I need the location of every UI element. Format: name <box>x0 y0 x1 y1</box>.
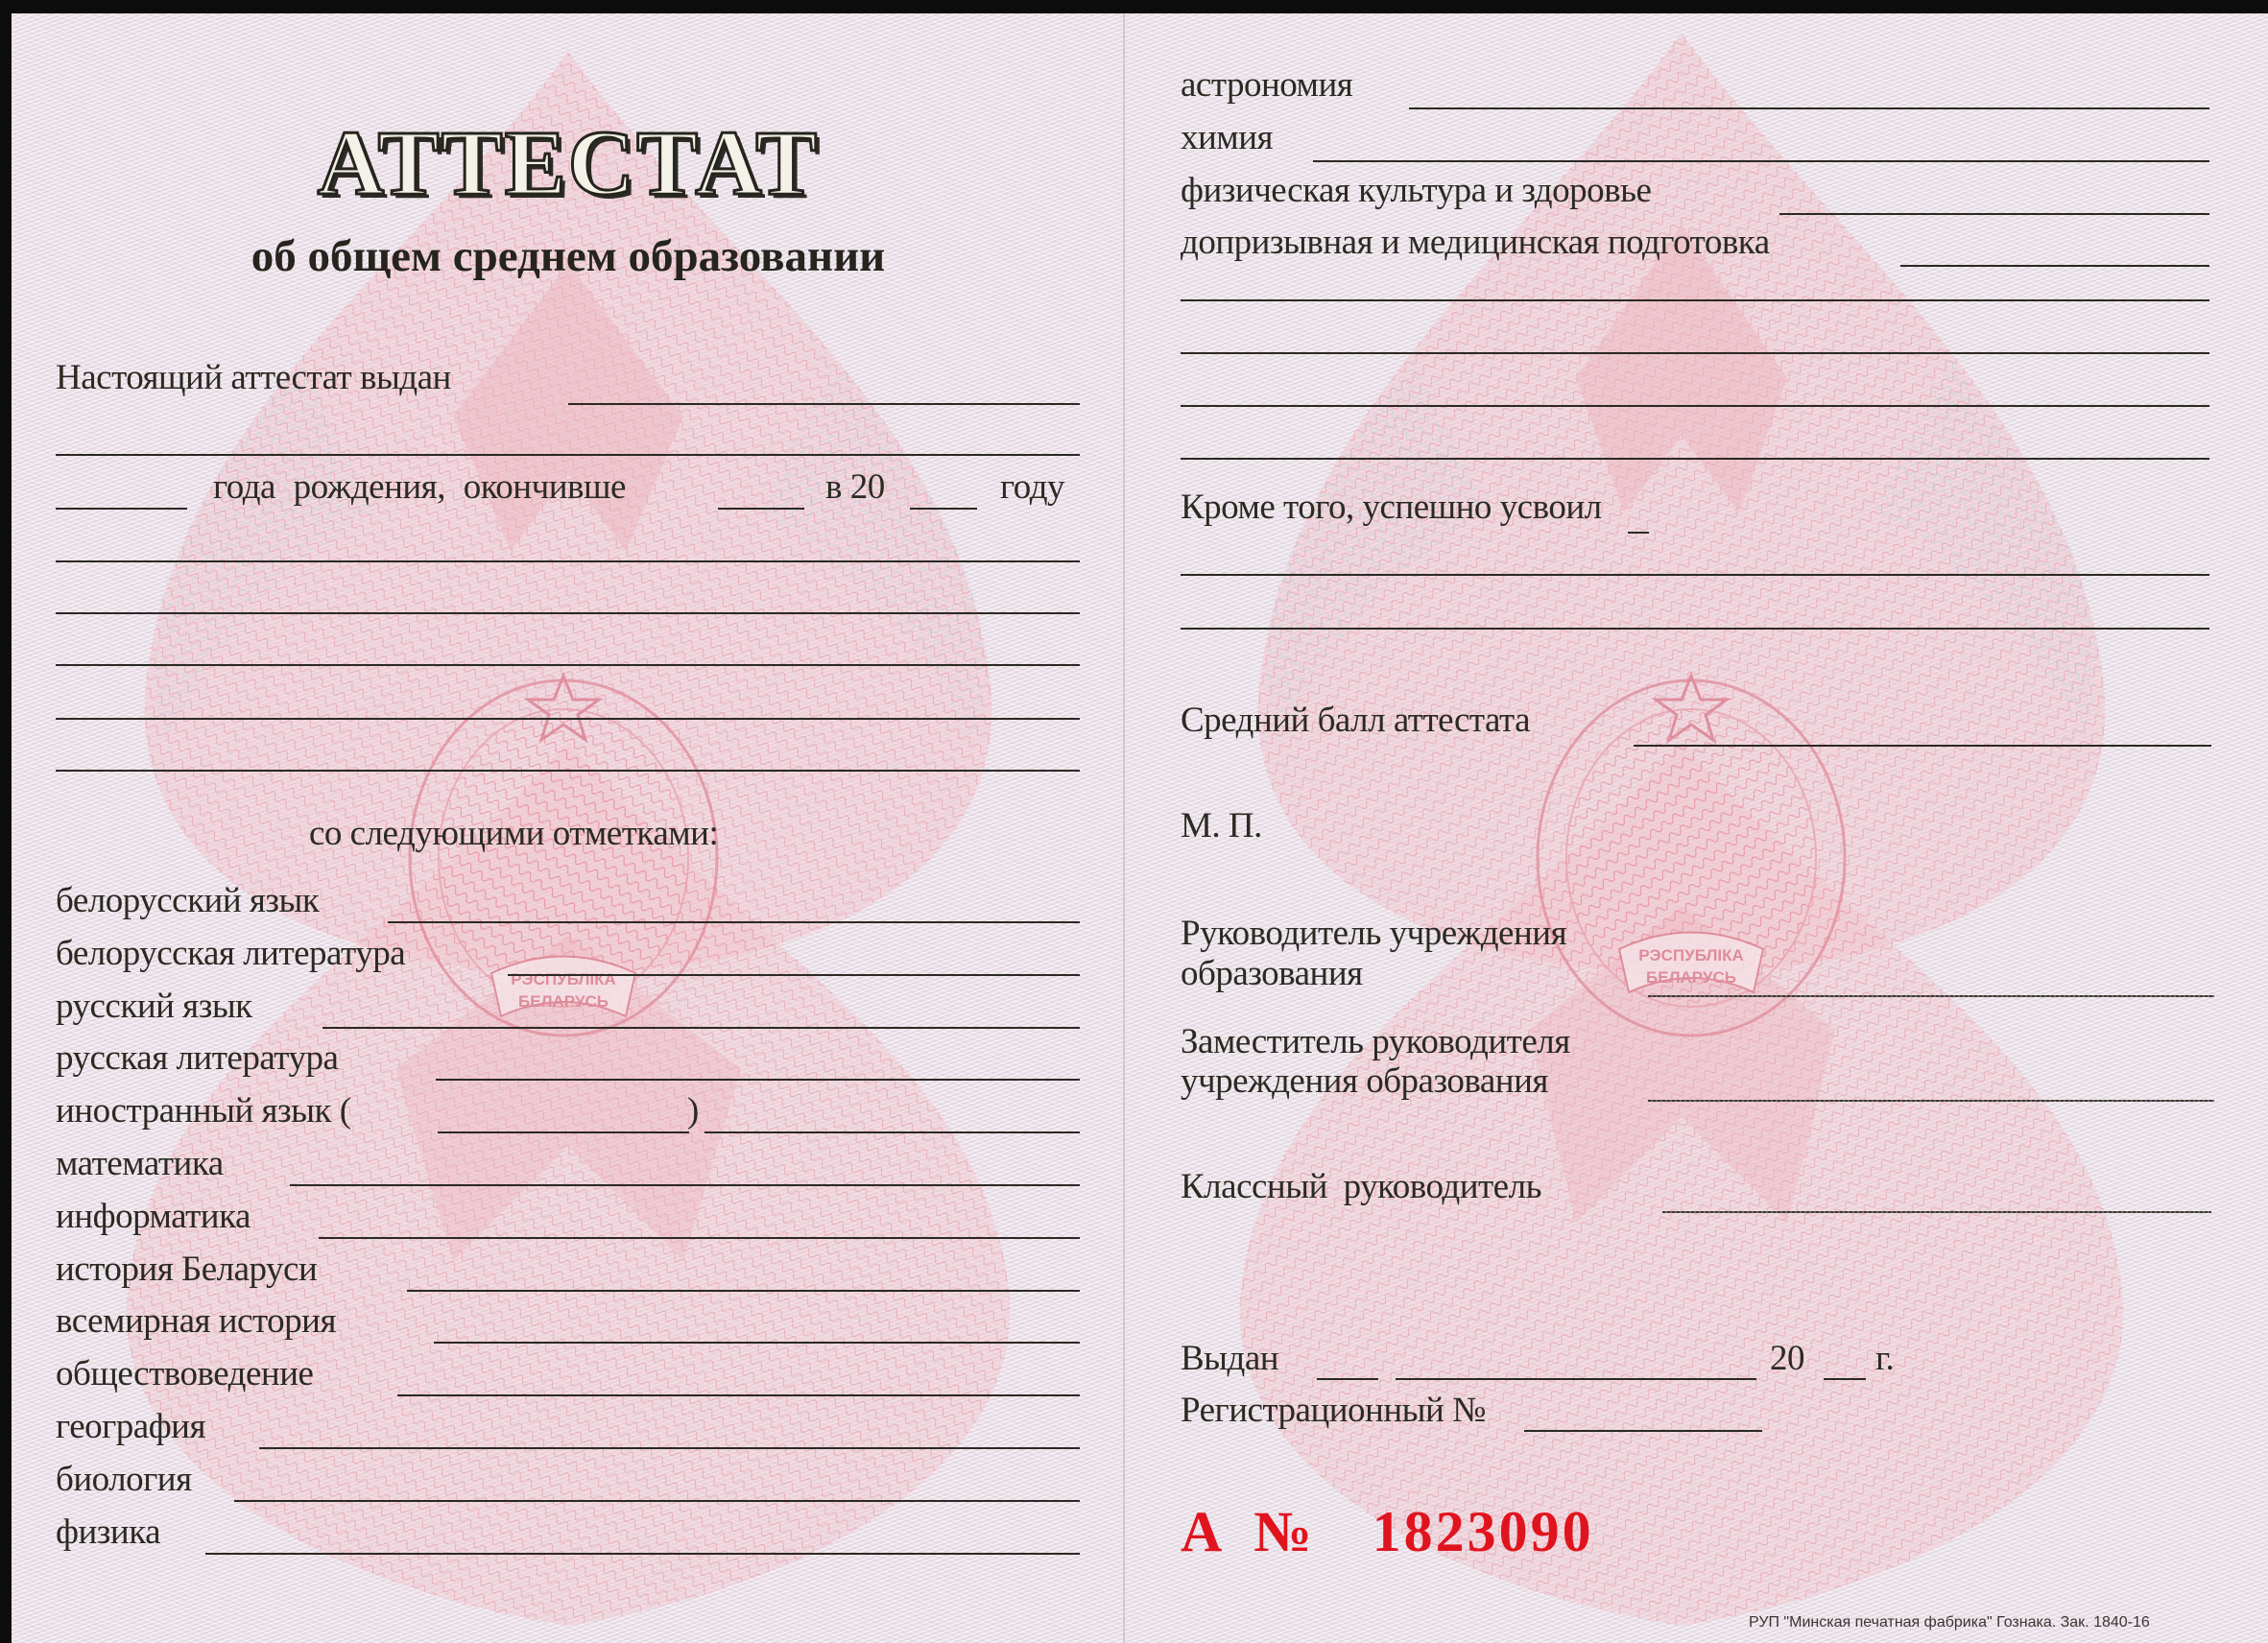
seal-label: М. П. <box>1181 808 1262 844</box>
birth-year-field[interactable] <box>56 508 187 510</box>
class-teacher-label: Классный руководитель <box>1181 1169 1541 1204</box>
subject-label: химия <box>1181 120 1273 155</box>
head-label-line2: образования <box>1181 956 1363 991</box>
subject-label: физика <box>56 1514 160 1550</box>
serial-digits: 1823090 <box>1373 1500 1594 1563</box>
svg-text:РЭСПУБЛІКА: РЭСПУБЛІКА <box>1638 946 1744 964</box>
serial-no-sign: № <box>1253 1500 1314 1563</box>
additionally-label: Кроме того, успешно усвоил <box>1181 489 1602 525</box>
printer-footer: РУП "Минская печатная фабрика" Гознака. … <box>1749 1614 2150 1631</box>
head-signature-field[interactable] <box>1648 995 2214 997</box>
subject-label: астрономия <box>1181 67 1352 103</box>
issued-year-prefix: 20 <box>1770 1341 1804 1376</box>
deputy-label-line1: Заместитель руководителя <box>1181 1024 1570 1060</box>
svg-text:БЕЛАРУСЬ: БЕЛАРУСЬ <box>518 992 609 1011</box>
grade-field[interactable] <box>259 1447 1080 1449</box>
grade-field[interactable] <box>508 974 1080 976</box>
subject-label: всемирная история <box>56 1303 336 1339</box>
issued-to-field[interactable] <box>568 403 1080 405</box>
grade-field[interactable] <box>234 1500 1080 1502</box>
subject-label: белорусский язык <box>56 883 319 918</box>
year-prefix: в 20 <box>825 469 885 505</box>
school-field-line2[interactable] <box>56 612 1080 614</box>
grade-field[interactable] <box>290 1184 1080 1186</box>
school-field-line3[interactable] <box>56 664 1080 666</box>
grades-heading: со следующими отметками: <box>309 816 718 851</box>
grade-field[interactable] <box>704 1131 1080 1133</box>
grade-field[interactable] <box>205 1553 1080 1555</box>
extra-subject-line3[interactable] <box>1181 405 2209 407</box>
issued-year-field[interactable] <box>1824 1378 1866 1380</box>
grade-field[interactable] <box>436 1079 1080 1081</box>
graduated-gender-field[interactable] <box>718 508 804 510</box>
serial-series: А <box>1181 1500 1225 1563</box>
birth-year-label: года рождения, окончивше <box>213 469 626 505</box>
class-teacher-signature-field[interactable] <box>1662 1211 2211 1213</box>
issued-year-suffix: г. <box>1875 1341 1894 1376</box>
subject-label: физическая культура и здоровье <box>1181 173 1651 208</box>
deputy-label-line2: учреждения образования <box>1181 1063 1548 1099</box>
subject-label: обществоведение <box>56 1356 313 1392</box>
grade-field[interactable] <box>1313 160 2209 162</box>
grade-field[interactable] <box>322 1027 1080 1029</box>
average-score-label: Средний балл аттестата <box>1181 702 1530 738</box>
document-subtitle: об общем среднем образовании <box>12 230 1125 282</box>
graduation-year-field[interactable] <box>910 508 977 510</box>
issued-month-field[interactable] <box>1396 1378 1756 1380</box>
deputy-signature-field[interactable] <box>1648 1100 2214 1102</box>
head-label-line1: Руководитель учреждения <box>1181 916 1566 951</box>
additionally-gender-field[interactable] <box>1628 532 1649 534</box>
subject-label: география <box>56 1409 205 1444</box>
extra-subject-line2[interactable] <box>1181 352 2209 354</box>
grade-field[interactable] <box>397 1394 1080 1396</box>
belarus-emblem: РЭСПУБЛІКА БЕЛАРУСЬ <box>1538 676 1845 1036</box>
subject-label: белорусская литература <box>56 936 405 971</box>
additionally-field-line2[interactable] <box>1181 628 2209 630</box>
extra-subject-line4[interactable] <box>1181 458 2209 460</box>
subject-label: иностранный язык ( <box>56 1093 351 1129</box>
year-suffix: году <box>1000 469 1064 505</box>
issued-label: Выдан <box>1181 1341 1278 1376</box>
grade-field[interactable] <box>388 921 1080 923</box>
subject-label: биология <box>56 1462 192 1497</box>
registration-label: Регистрационный № <box>1181 1393 1486 1428</box>
extra-subject-line1[interactable] <box>1181 299 2209 301</box>
grade-field[interactable] <box>1409 107 2209 109</box>
right-page: РЭСПУБЛІКА БЕЛАРУСЬ астрономияхимияфизич… <box>1125 13 2268 1643</box>
left-page: РЭСПУБЛІКА БЕЛАРУСЬ АТТЕСТАТ об общем ср… <box>12 13 1125 1643</box>
school-field-line4[interactable] <box>56 718 1080 720</box>
school-field-line5[interactable] <box>56 770 1080 772</box>
school-field-line1[interactable] <box>56 560 1080 562</box>
belarus-emblem: РЭСПУБЛІКА БЕЛАРУСЬ <box>410 676 717 1036</box>
grade-field[interactable] <box>434 1342 1080 1344</box>
subject-label: история Беларуси <box>56 1251 317 1287</box>
issued-day-field[interactable] <box>1317 1378 1378 1380</box>
foreign-language-close-paren: ) <box>687 1093 699 1129</box>
additionally-field-line1[interactable] <box>1181 574 2209 576</box>
serial-number: А№1823090 <box>1181 1499 1594 1565</box>
subject-label: информатика <box>56 1199 251 1234</box>
grade-field[interactable] <box>1779 213 2209 215</box>
subject-label: русская литература <box>56 1040 338 1076</box>
subject-label: математика <box>56 1146 224 1181</box>
grade-field[interactable] <box>407 1290 1080 1292</box>
issued-to-label: Настоящий аттестат выдан <box>56 360 451 395</box>
svg-text:РЭСПУБЛІКА: РЭСПУБЛІКА <box>511 970 616 988</box>
certificate-spread: РЭСПУБЛІКА БЕЛАРУСЬ АТТЕСТАТ об общем ср… <box>12 13 2268 1643</box>
issued-to-field-line2[interactable] <box>56 454 1080 456</box>
document-title: АТТЕСТАТ <box>12 109 1125 216</box>
registration-number-field[interactable] <box>1524 1430 1762 1432</box>
foreign-language-name-field[interactable] <box>438 1131 689 1133</box>
subject-label: русский язык <box>56 988 252 1024</box>
grade-field[interactable] <box>1900 265 2209 267</box>
subject-label: допризывная и медицинская подготовка <box>1181 225 1770 260</box>
grade-field[interactable] <box>319 1237 1080 1239</box>
average-score-field[interactable] <box>1634 745 2211 747</box>
svg-text:БЕЛАРУСЬ: БЕЛАРУСЬ <box>1646 968 1736 987</box>
